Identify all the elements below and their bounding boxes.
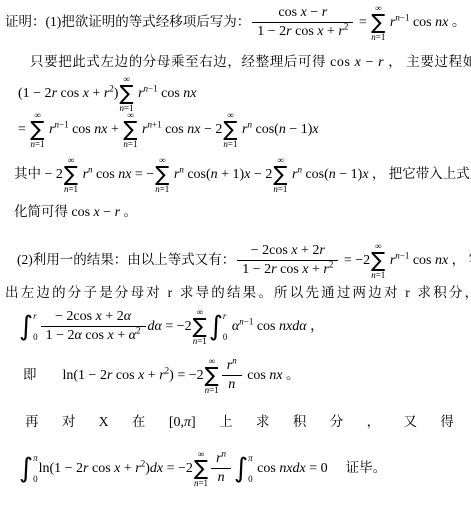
sigma-glyph: ∑ bbox=[30, 120, 44, 140]
proof-statement-line: 证明：(1)把欲证明的等式经移项后写为：cos x − r1 − 2r cos … bbox=[5, 4, 466, 42]
integral-symbol: ∫π0 bbox=[234, 454, 253, 484]
sigma-glyph: ∑ bbox=[194, 459, 208, 479]
sum-lower-limit: n=1 bbox=[371, 33, 385, 42]
integral-glyph: ∫ bbox=[19, 455, 33, 482]
summation-symbol: ∞∑n=1 bbox=[193, 308, 207, 346]
sigma-glyph: ∑ bbox=[193, 317, 207, 337]
sigma-glyph: ∑ bbox=[155, 165, 169, 185]
sum-lower-limit: n=1 bbox=[205, 386, 219, 395]
summation-symbol: ∞∑n=1 bbox=[194, 450, 208, 488]
step1-explanation: 只要把此式左边的分母乘至右边，经整理后可得 cos x − r ， 主要过程如下… bbox=[5, 52, 466, 73]
fraction: − 2cos x + 2α1 − 2α cos x + α2 bbox=[41, 309, 146, 344]
sigma-glyph: ∑ bbox=[64, 165, 78, 185]
summation-symbol: ∞∑n=1 bbox=[155, 156, 169, 194]
part2-explanation: 出左边的分子是分母对 r 求导的结果。所以先通过两边对 r 求积分，得到： bbox=[5, 283, 466, 303]
sum-lower-limit: n=1 bbox=[30, 140, 44, 149]
integral-glyph: ∫ bbox=[234, 455, 248, 482]
integral-symbol: ∫π0 bbox=[19, 454, 38, 484]
sum-lower-limit: n=1 bbox=[273, 185, 287, 194]
sigma-glyph: ∑ bbox=[371, 13, 385, 33]
sum-lower-limit: n=1 bbox=[155, 185, 169, 194]
summation-symbol: ∞∑n=1 bbox=[119, 75, 133, 113]
integral-limits: r0 bbox=[33, 312, 38, 342]
sigma-glyph: ∑ bbox=[123, 120, 137, 140]
integrate-over-x-statement: 再对X在[0,π]上求积分，又得 bbox=[25, 412, 454, 433]
equation-expanded-sums: = ∞∑n=1 rn−1 cos nx + ∞∑n=1 rn+1 cos nx … bbox=[18, 111, 466, 149]
fraction: rnn bbox=[222, 358, 242, 393]
summation-symbol: ∞∑n=1 bbox=[223, 111, 237, 149]
sum-lower-limit: n=1 bbox=[193, 337, 207, 346]
summation-symbol: ∞∑n=1 bbox=[273, 156, 287, 194]
sigma-glyph: ∑ bbox=[119, 84, 133, 104]
integral-limits: r0 bbox=[223, 312, 228, 342]
summation-symbol: ∞∑n=1 bbox=[371, 4, 385, 42]
sum-lower-limit: n=1 bbox=[194, 479, 208, 488]
summation-symbol: ∞∑n=1 bbox=[30, 111, 44, 149]
sum-lower-limit: n=1 bbox=[371, 271, 385, 280]
sum-lower-limit: n=1 bbox=[223, 140, 237, 149]
fraction: − 2cos x + 2r1 − 2r cos x + r2 bbox=[237, 243, 338, 278]
part2-derivative-relation: (2)利用一的结果：由以上等式又有：− 2cos x + 2r1 − 2r co… bbox=[17, 242, 466, 280]
sigma-glyph: ∑ bbox=[371, 251, 385, 271]
integral-limits: π0 bbox=[248, 454, 253, 484]
summation-symbol: ∞∑n=1 bbox=[205, 357, 219, 395]
simplification-result: 化简可得 cos x − r 。 bbox=[14, 202, 466, 223]
sum-lower-limit: n=1 bbox=[123, 140, 137, 149]
summation-symbol: ∞∑n=1 bbox=[371, 242, 385, 280]
fraction: cos x − r1 − 2r cos x + r2 bbox=[252, 5, 353, 40]
summation-symbol: ∞∑n=1 bbox=[123, 111, 137, 149]
sum-lower-limit: n=1 bbox=[64, 185, 78, 194]
integral-glyph: ∫ bbox=[209, 313, 223, 340]
integral-limits: π0 bbox=[33, 454, 38, 484]
summation-symbol: ∞∑n=1 bbox=[64, 156, 78, 194]
equation-lhs-product: (1 − 2r cos x + r2)∞∑n=1 rn−1 cos nx bbox=[18, 75, 466, 113]
fraction: rnn bbox=[211, 451, 231, 486]
integral-over-r-equation: ∫r0− 2cos x + 2α1 − 2α cos x + α2dα = −2… bbox=[18, 308, 466, 346]
sigma-glyph: ∑ bbox=[205, 366, 219, 386]
sigma-glyph: ∑ bbox=[223, 120, 237, 140]
identity-substitution-line: 其中 − 2∞∑n=1 rn cos nx = −∞∑n=1 rn cos(n … bbox=[14, 156, 466, 194]
sigma-glyph: ∑ bbox=[273, 165, 287, 185]
final-integral-equation: ∫π0ln(1 − 2r cos x + r2)dx = −2∞∑n=1rnn∫… bbox=[18, 450, 466, 488]
integral-symbol: ∫r0 bbox=[209, 312, 228, 342]
math-proof-page: 证明：(1)把欲证明的等式经移项后写为：cos x − r1 − 2r cos … bbox=[0, 0, 471, 526]
log-series-equation: 即ln(1 − 2r cos x + r2) = −2∞∑n=1rnn cos … bbox=[23, 357, 466, 395]
integral-glyph: ∫ bbox=[19, 313, 33, 340]
integral-symbol: ∫r0 bbox=[19, 312, 38, 342]
